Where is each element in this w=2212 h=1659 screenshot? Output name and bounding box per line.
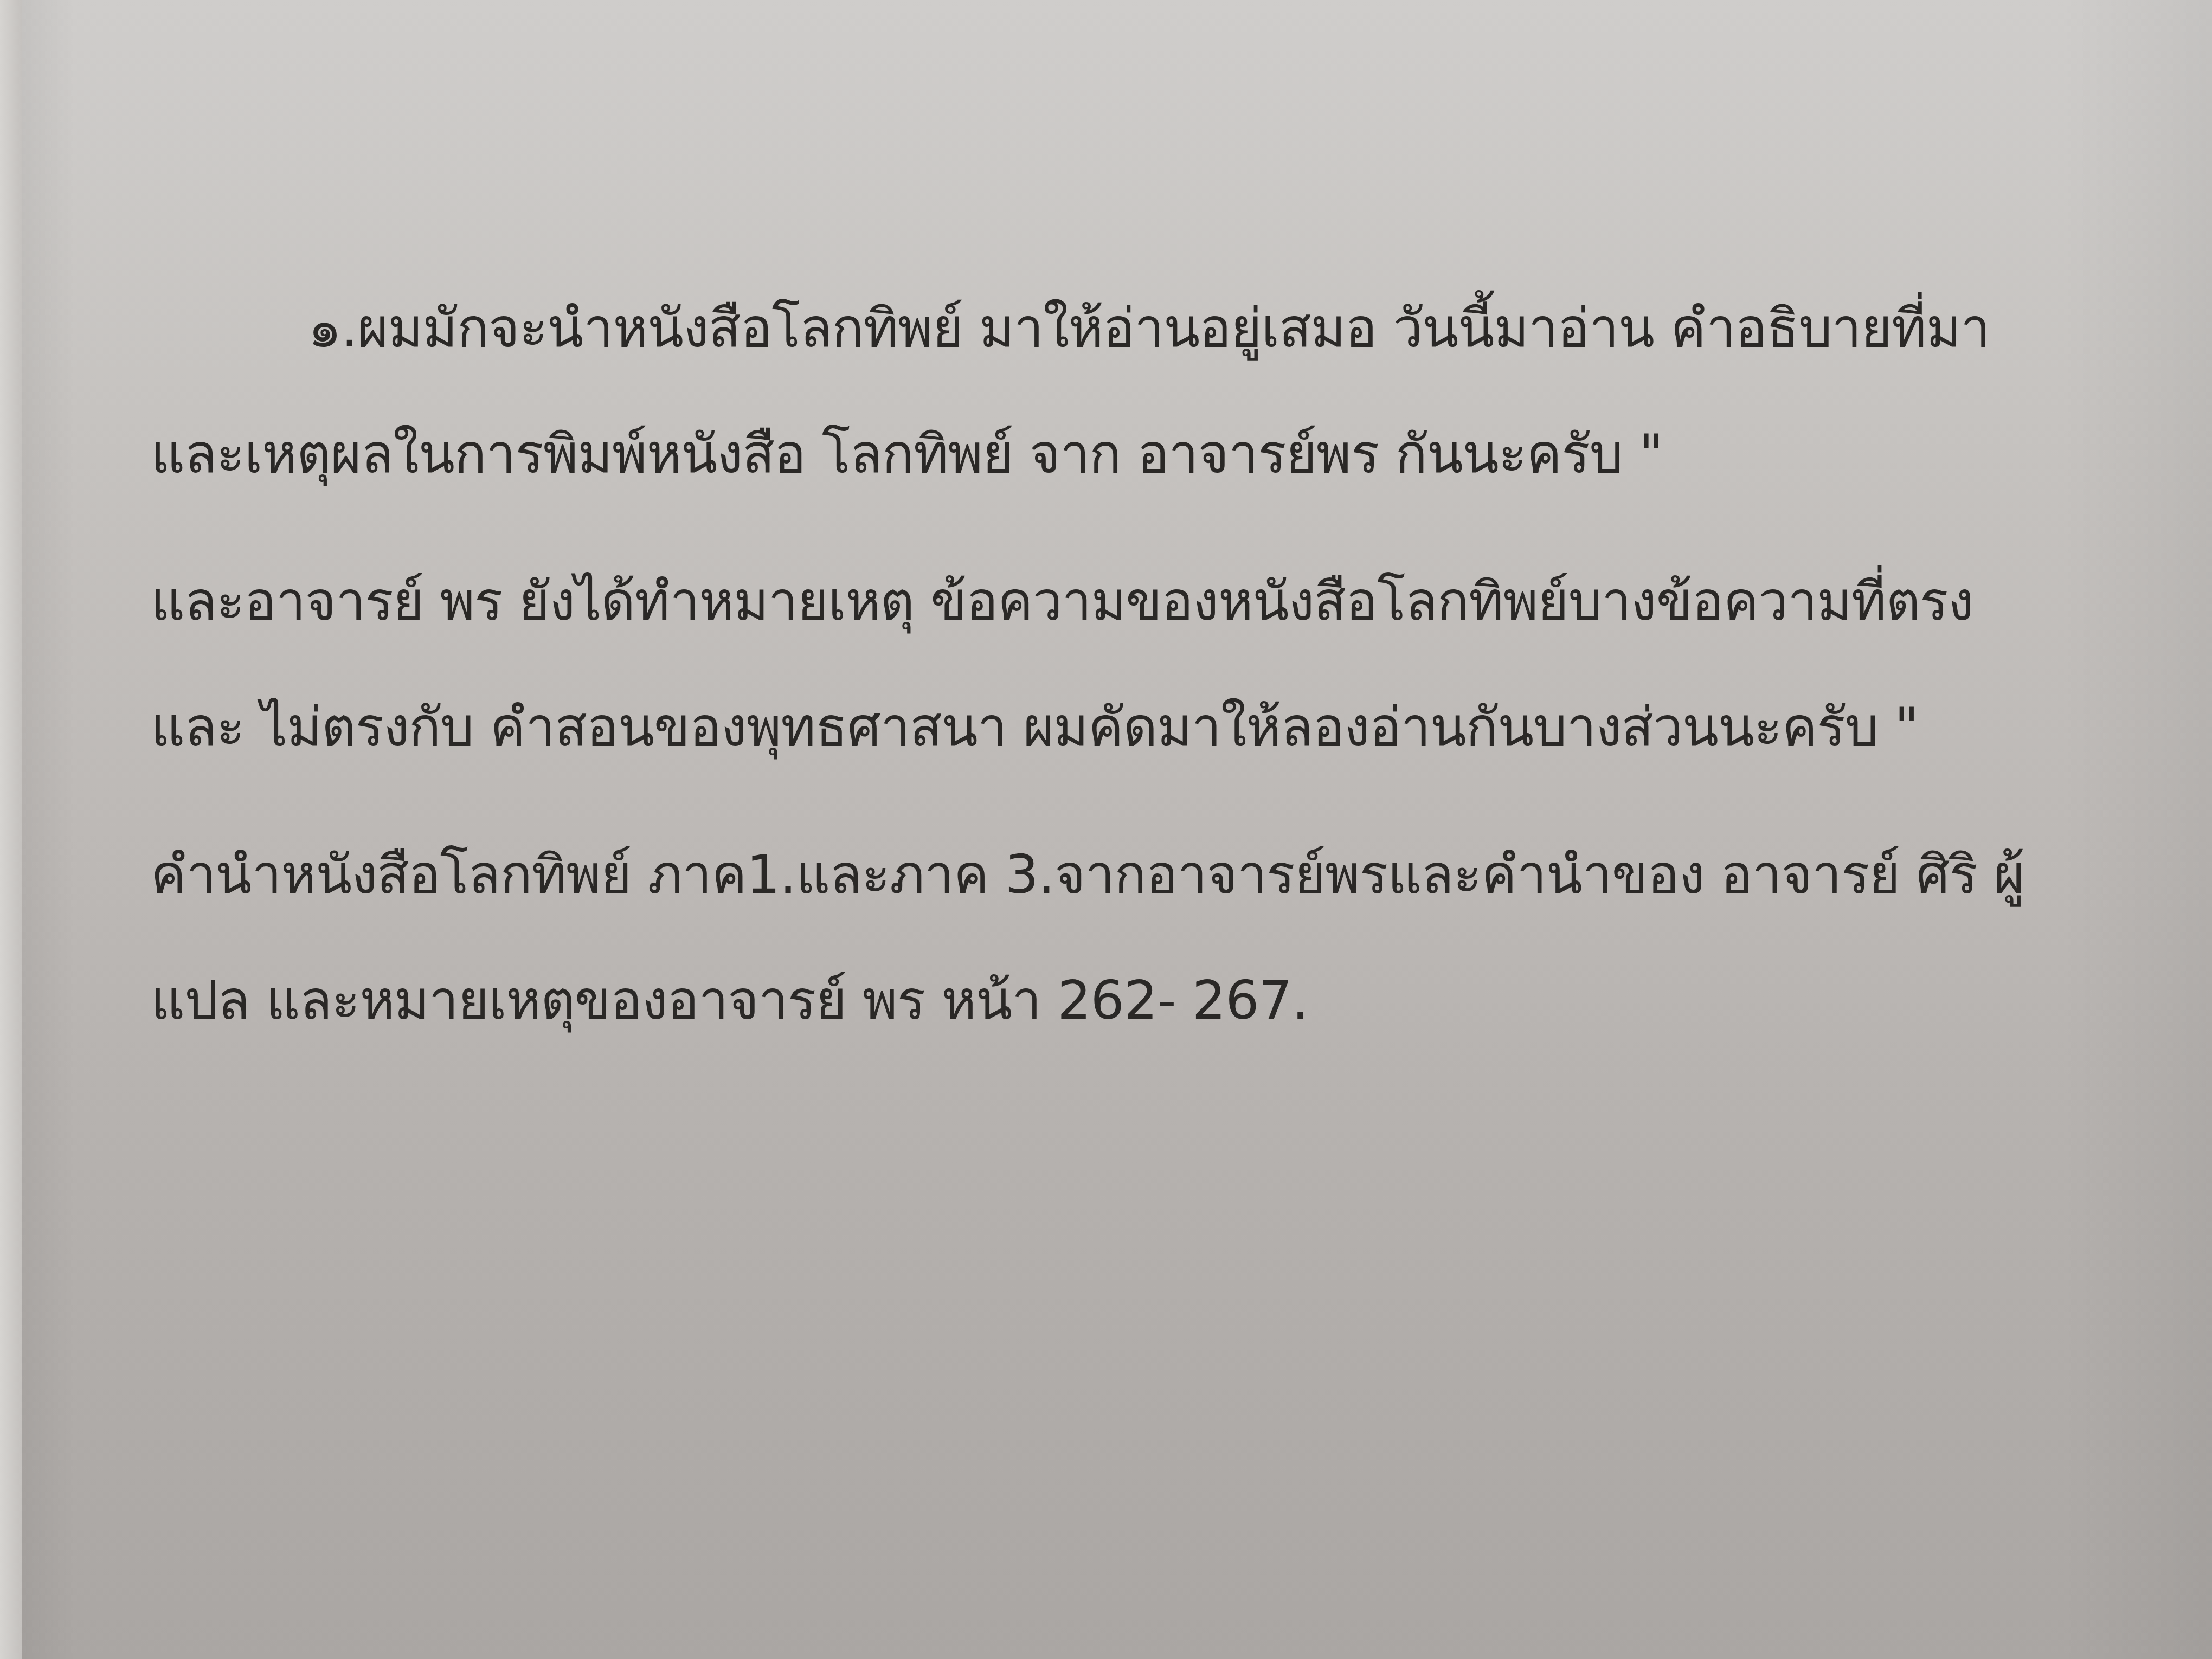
paragraph-reference: คำนำหนังสือโลกทิพย์ ภาค1.และภาค 3.จากอาจ… [151, 812, 2135, 1064]
text-line: แปล และหมายเหตุของอาจารย์ พร หน้า 262- 2… [151, 938, 2135, 1064]
paragraph-annotation: และอาจารย์ พร ยังได้ทำหมายเหตุ ข้อความขอ… [151, 539, 2135, 790]
text-line: คำนำหนังสือโลกทิพย์ ภาค1.และภาค 3.จากอาจ… [151, 812, 2135, 938]
text-line: และ ไม่ตรงกับ คำสอนของพุทธศาสนา ผมคัดมาใ… [151, 665, 2135, 790]
text-line: และเหตุผลในการพิมพ์หนังสือ โลกทิพย์ จาก … [151, 391, 2135, 517]
text-line: และอาจารย์ พร ยังได้ทำหมายเหตุ ข้อความขอ… [151, 539, 2135, 665]
printed-page: ๑.ผมมักจะนำหนังสือโลกทิพย์ มาให้อ่านอยู่… [0, 0, 2212, 1659]
page-edge-shadow [0, 0, 22, 1659]
text-line: ๑.ผมมักจะนำหนังสือโลกทิพย์ มาให้อ่านอยู่… [151, 266, 2135, 391]
body-text: ๑.ผมมักจะนำหนังสือโลกทิพย์ มาให้อ่านอยู่… [151, 266, 2135, 1064]
paragraph-intro: ๑.ผมมักจะนำหนังสือโลกทิพย์ มาให้อ่านอยู่… [151, 266, 2135, 517]
